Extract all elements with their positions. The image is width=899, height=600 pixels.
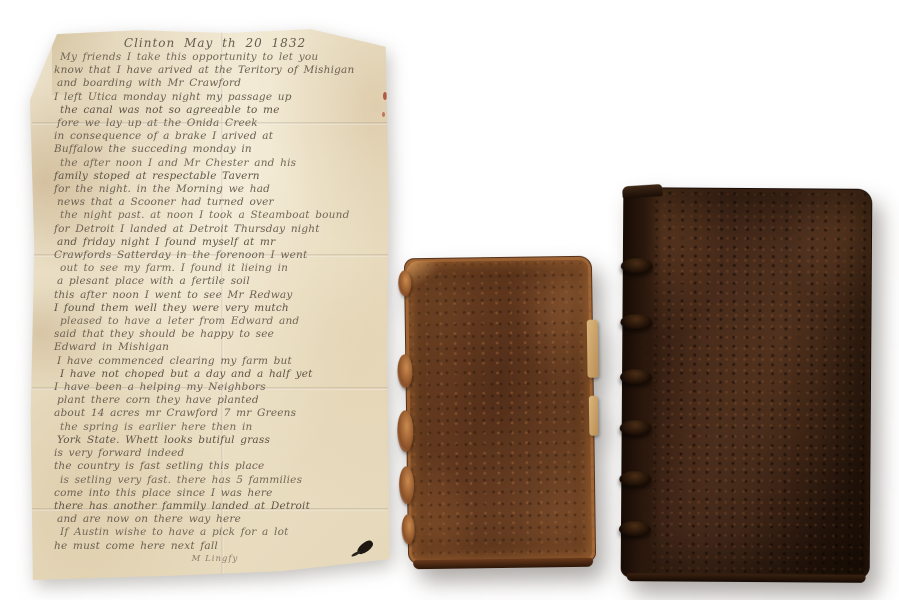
raised-spine-band [619,471,651,486]
letter-signature: M Lingfy [54,553,376,565]
letter-line: he must come here next fall [54,540,376,553]
letter-line: know that I have arived at the Teritory … [54,64,376,77]
letter-line: the canal was not so agreeable to me [54,104,376,117]
frayed-spine-lump [397,410,414,452]
handwritten-letter: Clinton May th 20 1832 My friends I take… [30,28,390,580]
letter-line: come into this place since I was here [54,487,376,500]
letter-line: news that a Scooner had turned over [54,196,376,209]
book-bottom-edge [627,573,866,583]
raised-spine-band [619,521,651,536]
frayed-spine-lump [401,514,414,544]
raised-spine-band [620,369,652,384]
letter-line: there has another fammily landed at Detr… [54,500,376,513]
letter-line: and friday night I found myself at mr [54,236,376,249]
small-leather-book [404,256,596,565]
letter-line: about 14 acres mr Crawford 7 mr Greens [54,407,376,420]
raised-spine-band [620,420,652,435]
letter-line: the night past. at noon I took a Steambo… [54,209,376,222]
letter-line: is setling very fast. there has 5 fammil… [54,474,376,487]
letter-line: I have commenced clearing my farm but [54,355,376,368]
letter-line: the country is fast setling this place [54,460,376,473]
small-book-cover [404,256,596,565]
letter-line: this after noon I went to see Mr Redway [54,289,376,302]
letter-line: the spring is earlier here then in [54,421,376,434]
letter-line: family stoped at respectable Tavern [54,170,376,183]
letter-line: and boarding with Mr Crawford [54,77,376,90]
letter-line: If Austin wishe to have a pick for a lot [54,526,376,539]
letter-line: I have been a helping my Neighbors [54,381,376,394]
letter-line: and are now on there way here [54,513,376,526]
letter-line: My friends I take this opportunity to le… [54,51,376,64]
letter-line: I left Utica monday night my passage up [54,91,376,104]
letter-line: said that they should be happy to see [54,328,376,341]
letter-line: I found them well they were very mutch [54,302,376,315]
letter-line: a plesant place with a fertile soil [54,275,376,288]
letter-line: Buffalow the succeding monday in [54,143,376,156]
exposed-board-edge [587,320,599,378]
letter-line: is very forward indeed [54,447,376,460]
letter-text: Clinton May th 20 1832 My friends I take… [54,35,376,574]
wax-residue-speck [383,92,387,100]
letter-line: for Detroit I landed at Detroit Thursday… [54,223,376,236]
letter-line: Edward in Mishigan [54,341,376,354]
letter-line: York State. Whett looks butiful grass [54,434,376,447]
ink-speck [374,36,379,40]
letter-line: Crawfords Satterday in the forenoon I we… [54,249,376,262]
book-spine [622,188,663,576]
frayed-spine-lump [399,466,415,504]
corner-wear-patch [407,261,441,287]
letter-paper: Clinton May th 20 1832 My friends I take… [30,28,390,580]
letter-line: in consequence of a brake I arived at [54,130,376,143]
letter-line: for the night. in the Morning we had [54,183,376,196]
large-book-cover [621,187,873,579]
exposed-board-edge [589,396,599,436]
letter-line: the after noon I and Mr Chester and his [54,157,376,170]
letter-line: I have not choped but a day and a half y… [54,368,376,381]
letter-line: fore we lay up at the Onida Creek [54,117,376,130]
large-leather-book [621,187,873,579]
spine-headcap [622,184,663,198]
book-bottom-edge [413,558,593,570]
frayed-spine-lump [397,354,412,388]
letter-line: out to see my farm. I found it lieing in [54,262,376,275]
photo-stage: Clinton May th 20 1832 My friends I take… [0,0,899,600]
letter-dateline: Clinton May th 20 1832 [54,35,376,51]
wax-residue-speck [382,112,385,117]
raised-spine-band [621,258,653,273]
letter-body: My friends I take this opportunity to le… [54,51,376,553]
frayed-spine-lump [398,270,411,296]
raised-spine-band [620,314,652,329]
letter-line: pleased to have a leter from Edward and [54,315,376,328]
letter-line: plant there corn they have planted [54,394,376,407]
